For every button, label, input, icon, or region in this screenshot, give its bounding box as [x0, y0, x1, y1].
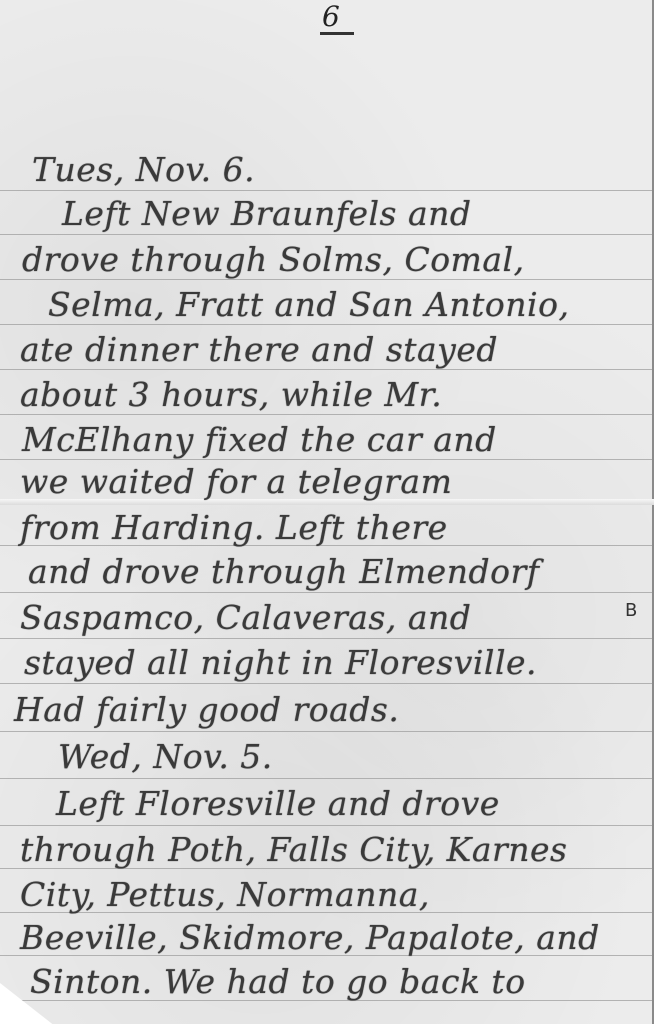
- text-line: stayed all night in Floresville.: [24, 643, 537, 682]
- text-line: City, Pettus, Normanna,: [20, 875, 430, 914]
- text-line: Saspamco, Calaveras, and: [20, 598, 471, 637]
- text-line: Left New Braunfels and: [62, 194, 472, 233]
- text-line: through Poth, Falls City, Karnes: [20, 830, 568, 869]
- text-line: we waited for a telegram: [20, 462, 452, 501]
- ruled-line: [0, 414, 652, 415]
- page-number: 6: [320, 2, 354, 35]
- text-line: drove through Solms, Comal,: [22, 240, 525, 279]
- text-line: from Harding. Left there: [20, 508, 448, 547]
- diary-page: 6 Tues, Nov. 6. Left New Braunfels and d…: [0, 0, 654, 1024]
- ruled-line: [0, 638, 652, 639]
- ruled-line: [0, 234, 652, 235]
- ruled-line: [0, 778, 652, 779]
- margin-annotation: B: [625, 600, 637, 621]
- entry-date-heading: Tues, Nov. 6.: [32, 150, 255, 189]
- text-line: Left Floresville and drove: [56, 784, 500, 823]
- text-line: Had fairly good roads.: [14, 690, 399, 729]
- entry-date-heading: Wed, Nov. 5.: [58, 737, 273, 776]
- text-line: McElhany fixed the car and: [22, 420, 497, 459]
- ruled-line: [0, 683, 652, 684]
- text-line: about 3 hours, while Mr.: [20, 375, 442, 414]
- ruled-line: [0, 369, 652, 370]
- ruled-line: [0, 731, 652, 732]
- text-line: and drove through Elmendorf: [28, 552, 539, 591]
- ruled-line: [0, 190, 652, 191]
- text-line: Beeville, Skidmore, Papalote, and: [20, 918, 600, 957]
- ruled-line: [0, 324, 652, 325]
- ruled-line: [0, 459, 652, 460]
- text-line: Sinton. We had to go back to: [30, 962, 526, 1001]
- ruled-line: [0, 825, 652, 826]
- ruled-line: [0, 592, 652, 593]
- text-line: Selma, Fratt and San Antonio,: [48, 285, 569, 324]
- ruled-line: [0, 279, 652, 280]
- text-line: ate dinner there and stayed: [20, 330, 498, 369]
